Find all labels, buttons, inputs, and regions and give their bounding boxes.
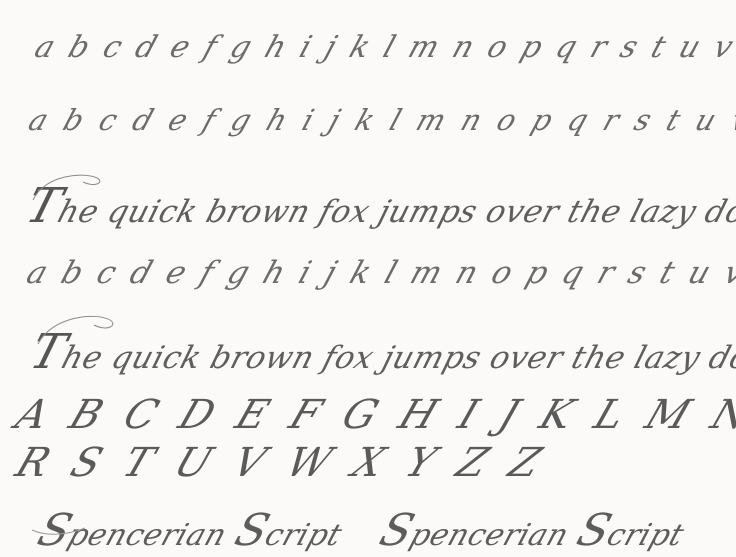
lowercase-alphabet-line-2: a b c d e f g h i j k l m n o p q r s t … bbox=[24, 103, 736, 137]
pangram-line-2: The quick brown fox jumps over the lazy … bbox=[24, 324, 736, 380]
title-right-word-2: cript bbox=[603, 518, 689, 553]
lowercase-alphabet-line-1: a b c d e f g h i j k l m n o p q r s t … bbox=[30, 30, 736, 65]
title-left-word-2: cript bbox=[261, 518, 347, 553]
calligraphy-specimen-sheet: a b c d e f g h i j k l m n o p q r s t … bbox=[0, 0, 736, 557]
title-right-word-1: pencerian bbox=[405, 518, 573, 553]
pangram-1-text: he quick brown fox jumps over the lazy d… bbox=[54, 194, 736, 230]
title-left-word-1: pencerian bbox=[63, 518, 231, 553]
pangram-2-text: he quick brown fox jumps over the lazy d… bbox=[58, 340, 736, 376]
pangram-line-1: The quick brown fox jumps over the lazy … bbox=[20, 178, 736, 234]
capital-alphabet-line-1: A B C D E F G H I J K L M N O P Q bbox=[10, 392, 736, 438]
lowercase-alphabet-line-3: a b c d e f g h i j k l m n o p q r s t … bbox=[22, 255, 736, 291]
capital-alphabet-line-2: R S T U V W X Y Z Z bbox=[10, 440, 554, 486]
title-spencerian-script-left: Spencerian Script bbox=[32, 505, 351, 556]
title-spencerian-script-right: Spencerian Script bbox=[374, 505, 693, 556]
